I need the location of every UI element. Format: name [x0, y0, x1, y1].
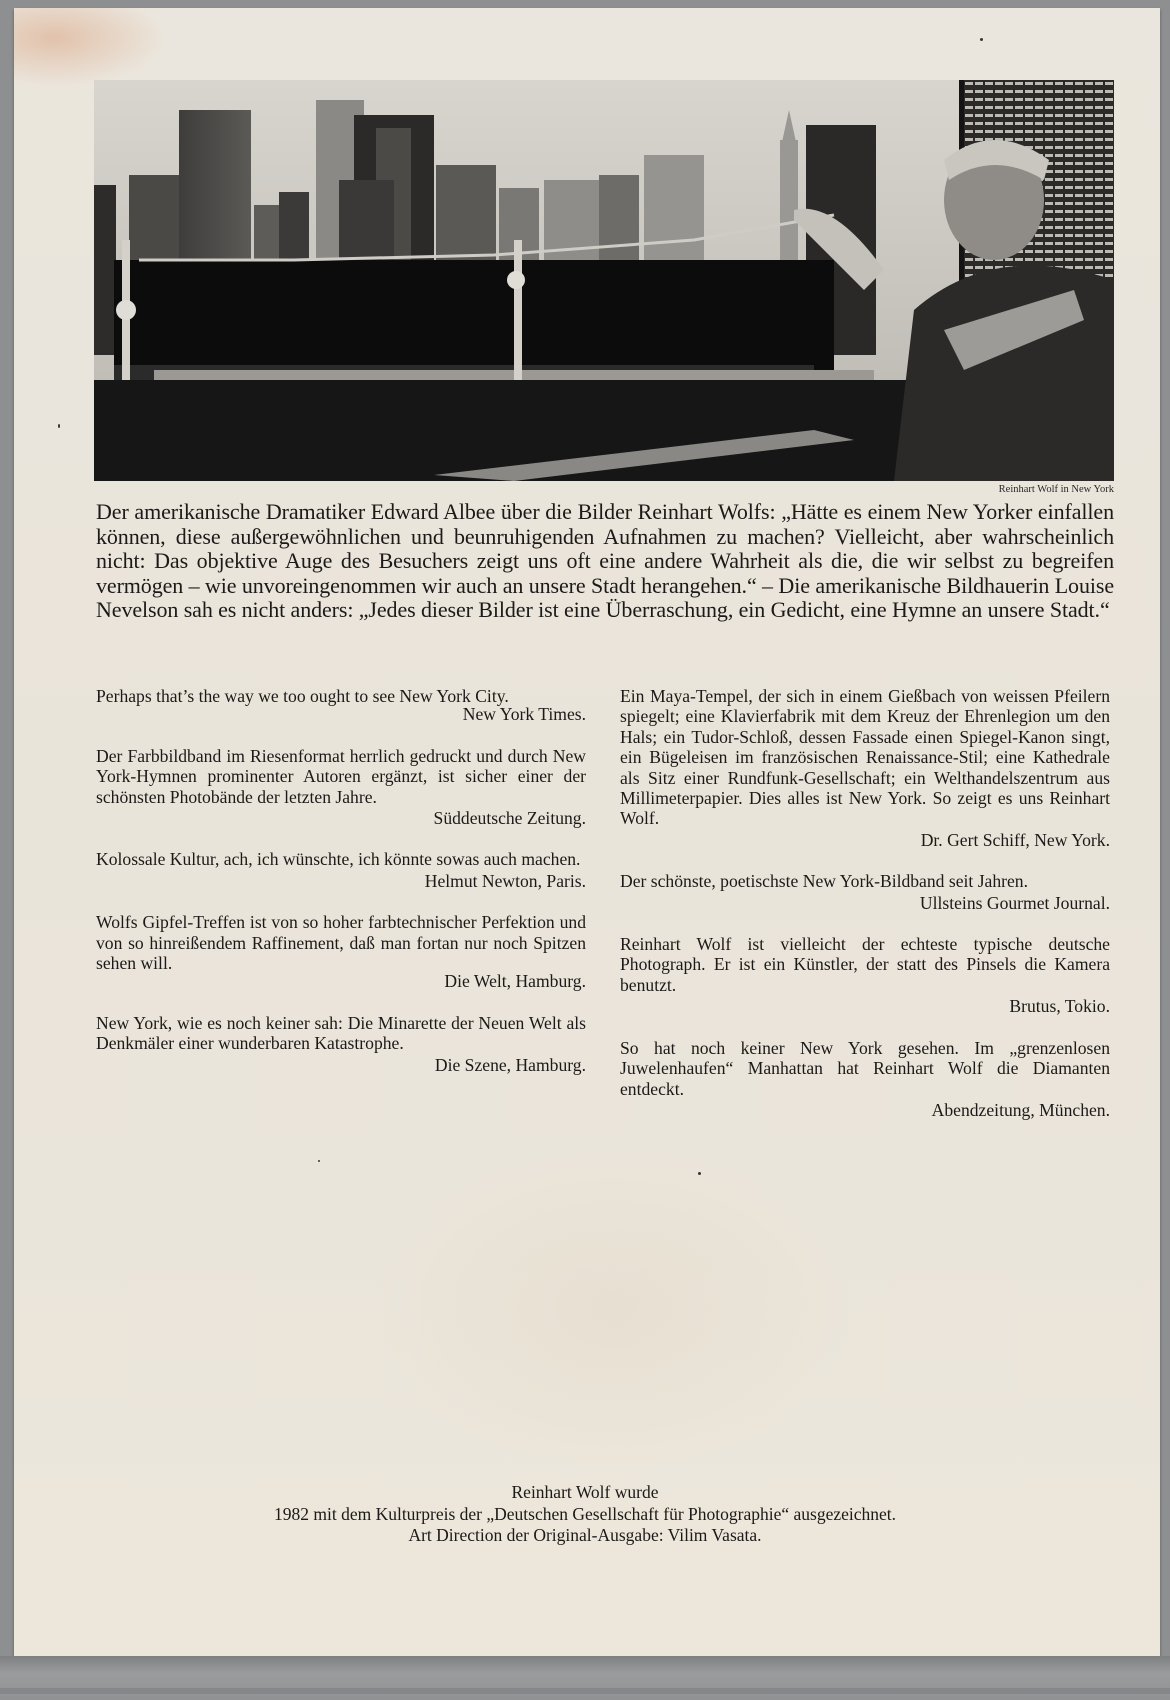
- quotes-left-column: Perhaps that’s the way we too ought to s…: [96, 686, 586, 1096]
- scanner-background: [0, 1656, 1170, 1700]
- quote-source: Dr. Gert Schiff, New York.: [620, 818, 1110, 850]
- quote-source: Brutus, Tokio.: [620, 984, 1110, 1016]
- footer-line: Reinhart Wolf wurde: [0, 1482, 1170, 1504]
- quote-source: Die Welt, Hamburg.: [96, 971, 586, 991]
- quote-text: Kolossale Kultur, ach, ich wünschte, ich…: [96, 849, 586, 869]
- credits-footer: Reinhart Wolf wurde 1982 mit dem Kulturp…: [0, 1482, 1170, 1547]
- quote-source: Abendzeitung, München.: [620, 1088, 1110, 1120]
- press-quote: Ein Maya-Tempel, der sich in einem Gießb…: [620, 686, 1110, 850]
- cover-photo: [94, 80, 1114, 481]
- quote-text: Wolfs Gipfel-Treffen ist von so hoher fa…: [96, 912, 586, 973]
- press-quote: Wolfs Gipfel-Treffen ist von so hoher fa…: [96, 912, 586, 992]
- press-quote: Reinhart Wolf ist vielleicht der echtest…: [620, 934, 1110, 1017]
- press-quote: Perhaps that’s the way we too ought to s…: [96, 686, 586, 725]
- photo-illustration: [94, 80, 1114, 481]
- footer-line: Art Direction der Original-Ausgabe: Vili…: [0, 1525, 1170, 1547]
- press-quote: New York, wie es noch keiner sah: Die Mi…: [96, 1013, 586, 1075]
- quotes-right-column: Ein Maya-Tempel, der sich in einem Gießb…: [620, 686, 1110, 1141]
- intro-paragraph: Der amerikanische Dramatiker Edward Albe…: [96, 500, 1114, 623]
- photo-caption: Reinhart Wolf in New York: [999, 484, 1114, 495]
- press-quote: Der schönste, poetischste New York-Bildb…: [620, 871, 1110, 913]
- press-quote: Kolossale Kultur, ach, ich wünschte, ich…: [96, 849, 586, 891]
- press-quote: So hat noch keiner New York gesehen. Im …: [620, 1038, 1110, 1121]
- quote-source: New York Times.: [96, 704, 586, 724]
- footer-line: 1982 mit dem Kulturpreis der „Deutschen …: [0, 1504, 1170, 1526]
- quote-text: Ein Maya-Tempel, der sich in einem Gießb…: [620, 686, 1110, 829]
- press-quote: Der Farbbildband im Riesenformat herrlic…: [96, 746, 586, 829]
- quote-text: Perhaps that’s the way we too ought to s…: [96, 686, 586, 706]
